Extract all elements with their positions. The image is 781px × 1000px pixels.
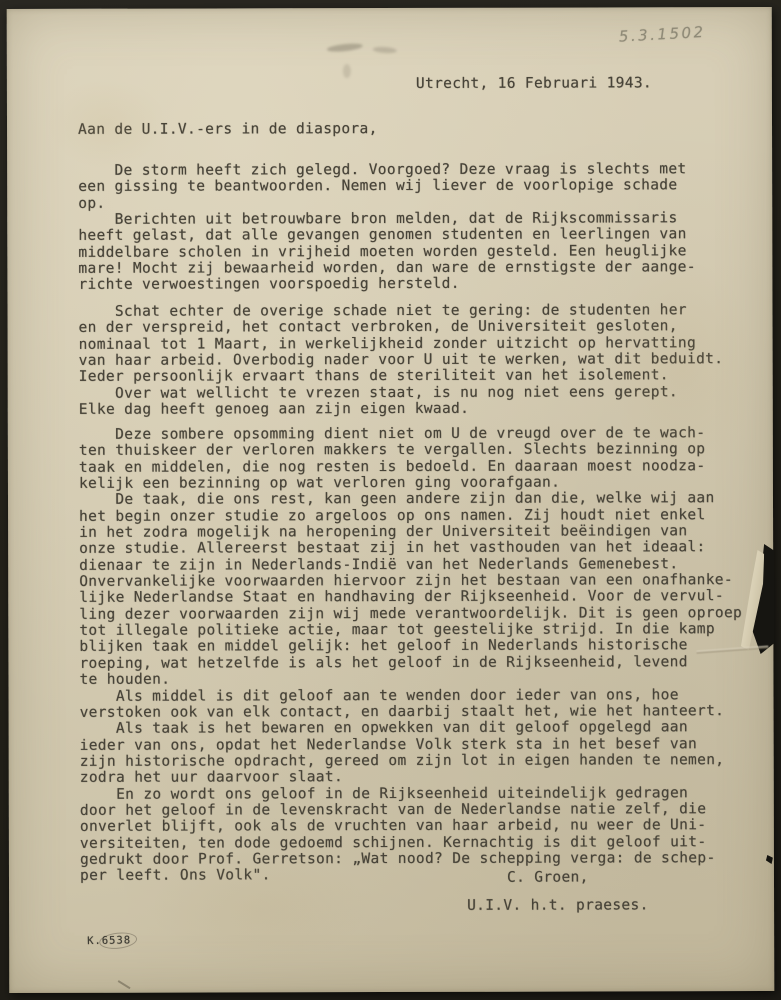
scan-background: { "document": { "archival_number": "5.3.…	[0, 0, 781, 1000]
paper-scratch	[118, 980, 131, 989]
pencil-smudge	[327, 42, 364, 53]
pencil-smudge	[373, 46, 397, 54]
body-paragraph-1: De storm heeft zich gelegd. Voorgoed? De…	[78, 161, 696, 293]
stamp-ring	[98, 931, 137, 951]
body-paragraph-2: Schat echter de overige schade niet te g…	[78, 302, 723, 418]
edge-notch	[766, 855, 773, 864]
signature-title: U.I.V. h.t. praeses.	[467, 897, 649, 914]
letter-paper: 5.3.1502 Utrecht, 16 Februari 1943. Aan …	[7, 7, 775, 993]
salutation: Aan de U.I.V.-ers in de diaspora,	[78, 121, 378, 138]
pencil-smudge	[343, 64, 351, 78]
dateline: Utrecht, 16 Februari 1943.	[416, 75, 652, 92]
archival-number-handwritten: 5.3.1502	[618, 23, 706, 46]
body-paragraph-3: Deze sombere opsomming dient niet om U d…	[79, 425, 743, 884]
signature-name: C. Groen,	[507, 869, 589, 886]
